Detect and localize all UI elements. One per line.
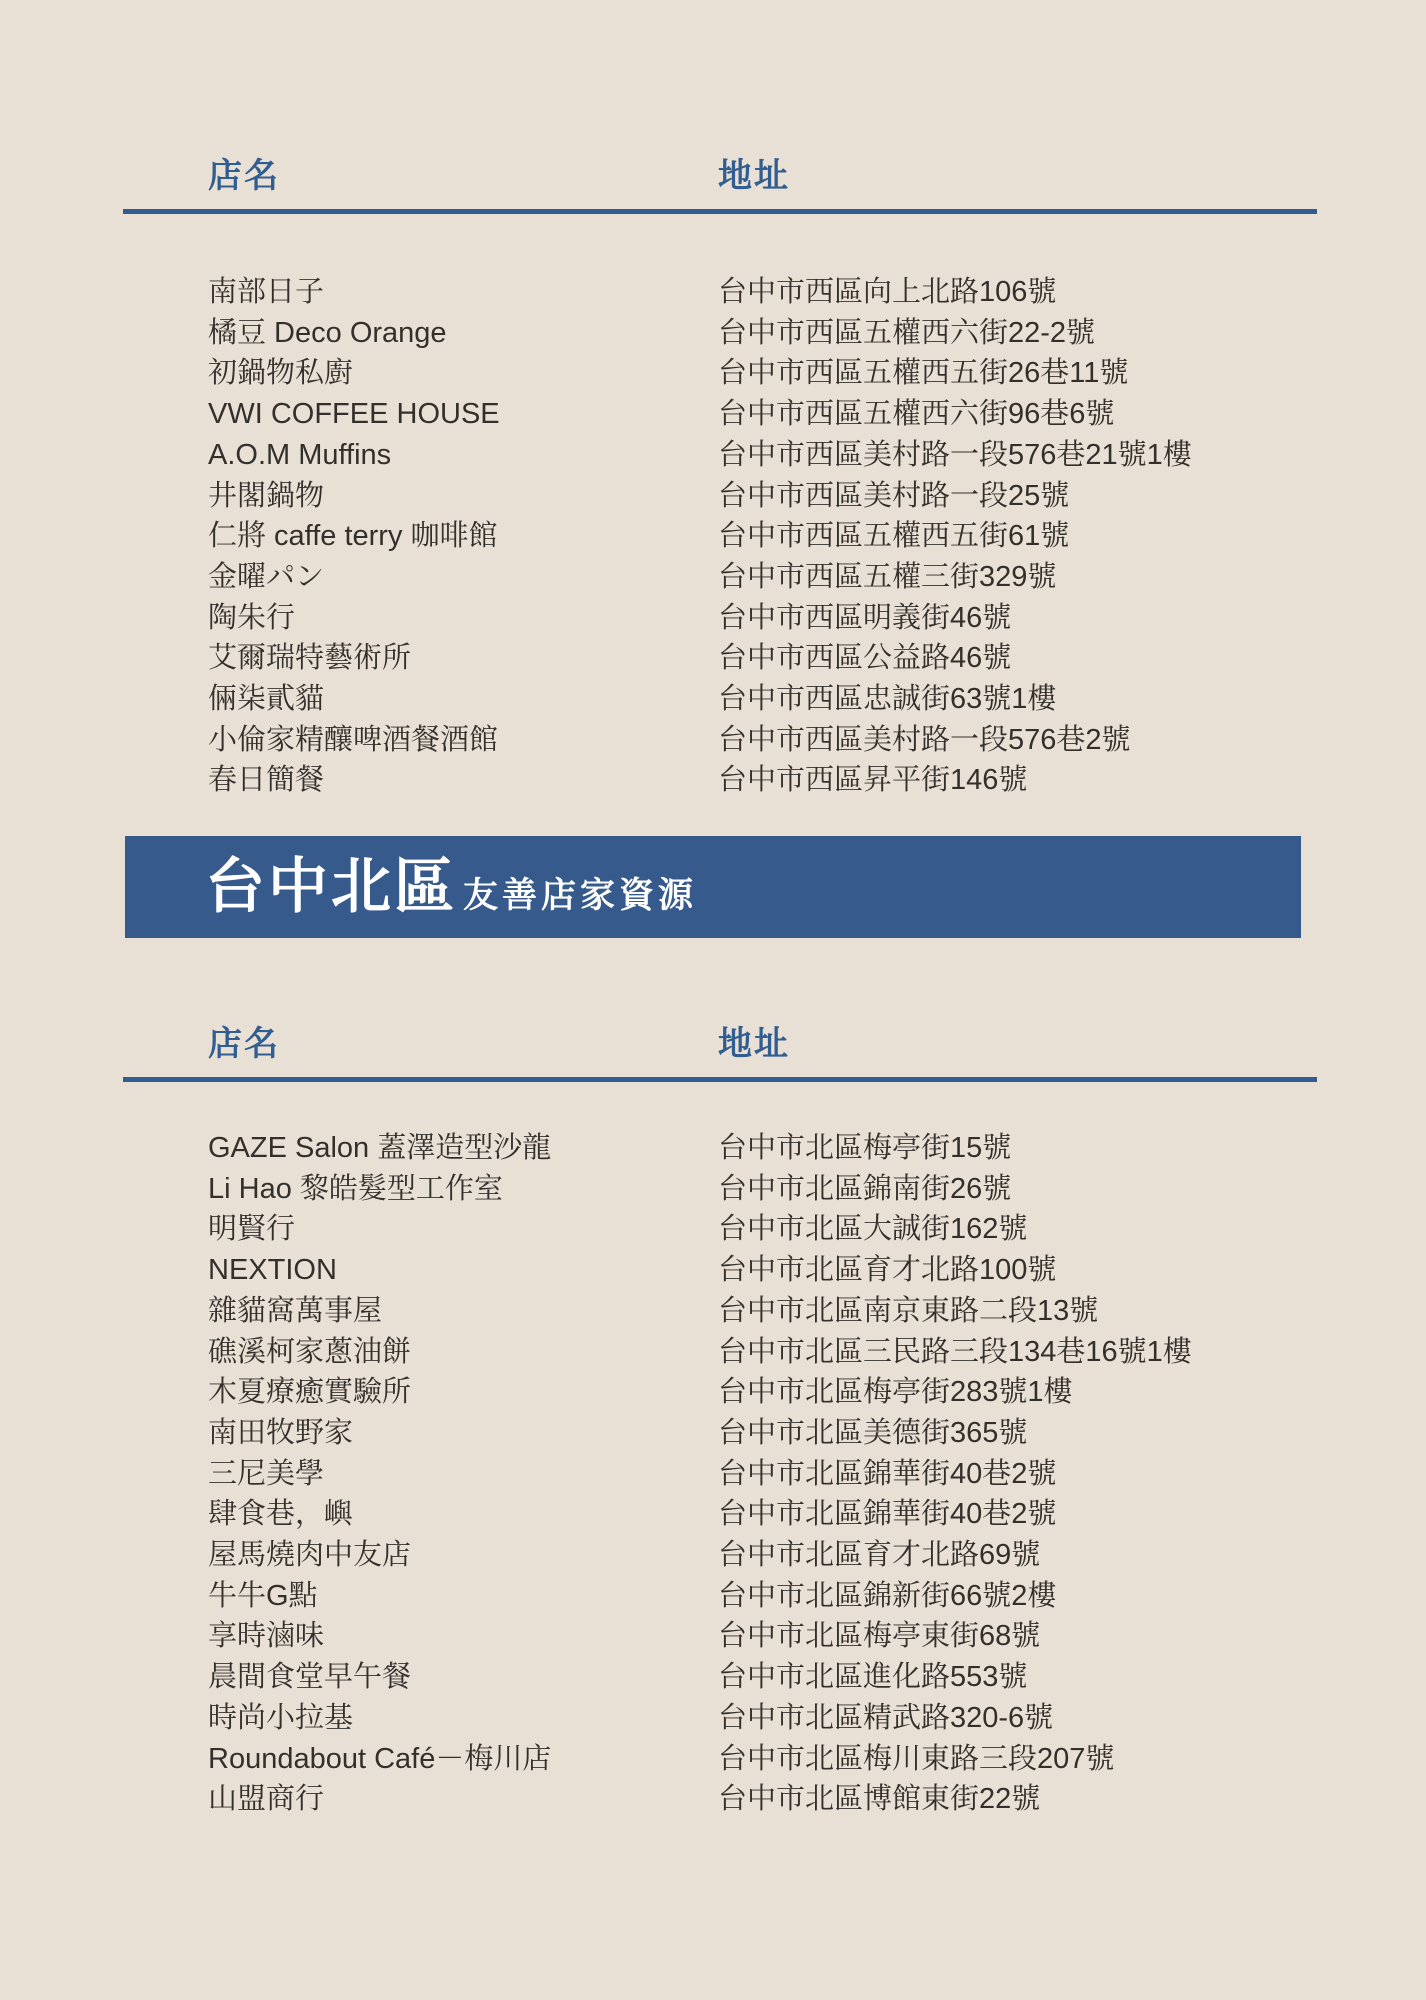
shop-address: 台中市北區進化路553號 [718,1657,1317,1698]
table-row: Li Hao 黎皓髮型工作室 台中市北區錦南街26號 [123,1169,1317,1210]
table-row: Roundabout Café－梅川店 台中市北區梅川東路三段207號 [123,1739,1317,1780]
shop-address: 台中市北區錦華街40巷2號 [718,1494,1317,1535]
shop-address: 台中市西區五權西五街61號 [718,516,1317,557]
shop-name: Li Hao 黎皓髮型工作室 [208,1169,718,1210]
shop-name: 南田牧野家 [208,1413,718,1454]
shop-name: A.O.M Muffins [208,435,718,476]
shop-address: 台中市西區美村路一段576巷2號 [718,720,1317,761]
shop-name: 仁將 caffe terry 咖啡館 [208,516,718,557]
shop-name: Roundabout Café－梅川店 [208,1739,718,1780]
shop-address: 台中市西區美村路一段576巷21號1樓 [718,435,1317,476]
shop-address: 台中市北區梅亭東街68號 [718,1616,1317,1657]
shop-name: 肆食巷，嶼 [208,1494,718,1535]
table-row: 山盟商行 台中市北區博館東街22號 [123,1779,1317,1820]
shop-address: 台中市西區五權西五街26巷11號 [718,353,1317,394]
shop-name: 初鍋物私廚 [208,353,718,394]
shop-address: 台中市北區美德街365號 [718,1413,1317,1454]
column-header-address: 地址 [718,1016,1317,1065]
table-row: VWI COFFEE HOUSE 台中市西區五權西六街96巷6號 [123,394,1317,435]
table-row: A.O.M Muffins 台中市西區美村路一段576巷21號1樓 [123,435,1317,476]
shop-name: 陶朱行 [208,598,718,639]
shop-name: 屋馬燒肉中友店 [208,1535,718,1576]
shop-name: 金曜パン [208,557,718,598]
table-row: GAZE Salon 蓋澤造型沙龍 台中市北區梅亭街15號 [123,1128,1317,1169]
shop-name: VWI COFFEE HOUSE [208,394,718,435]
shop-address: 台中市北區錦南街26號 [718,1169,1317,1210]
table-row: 仁將 caffe terry 咖啡館 台中市西區五權西五街61號 [123,516,1317,557]
table-row: 時尚小拉基 台中市北區精武路320-6號 [123,1698,1317,1739]
table-row: 享時滷味 台中市北區梅亭東街68號 [123,1616,1317,1657]
table-row: 南田牧野家 台中市北區美德街365號 [123,1413,1317,1454]
shop-address: 台中市西區明義街46號 [718,598,1317,639]
banner-subtitle: 友善店家資源 [463,845,697,947]
shop-address: 台中市北區南京東路二段13號 [718,1291,1317,1332]
shop-list-north: GAZE Salon 蓋澤造型沙龍 台中市北區梅亭街15號 Li Hao 黎皓髮… [123,1082,1317,1820]
table-row: 晨間食堂早午餐 台中市北區進化路553號 [123,1657,1317,1698]
shop-name: 小倫家精釀啤酒餐酒館 [208,720,718,761]
shop-name: 三尼美學 [208,1454,718,1495]
table-row: 三尼美學 台中市北區錦華街40巷2號 [123,1454,1317,1495]
table-header-row: 店名 地址 [123,1016,1317,1077]
shop-address: 台中市北區梅亭街283號1樓 [718,1372,1317,1413]
shop-address: 台中市西區五權三街329號 [718,557,1317,598]
table-row: 春日簡餐 台中市西區昇平街146號 [123,760,1317,801]
shop-name: 明賢行 [208,1209,718,1250]
column-header-shop-name: 店名 [208,1016,718,1065]
table-row: 雜貓窩萬事屋 台中市北區南京東路二段13號 [123,1291,1317,1332]
table-row: 屋馬燒肉中友店 台中市北區育才北路69號 [123,1535,1317,1576]
flyer-page: 店名 地址 南部日子 台中市西區向上北路106號 橘豆 Deco Orange … [0,0,1426,2000]
table-row: 橘豆 Deco Orange 台中市西區五權西六街22-2號 [123,313,1317,354]
shop-address: 台中市北區錦新街66號2樓 [718,1576,1317,1617]
shop-name: 山盟商行 [208,1779,718,1820]
table-row: 礁溪柯家蔥油餅 台中市北區三民路三段134巷16號1樓 [123,1332,1317,1373]
shop-address: 台中市北區梅亭街15號 [718,1128,1317,1169]
table-row: 金曜パン 台中市西區五權三街329號 [123,557,1317,598]
table-row: 艾爾瑞特藝術所 台中市西區公益路46號 [123,638,1317,679]
table-row: 木夏療癒實驗所 台中市北區梅亭街283號1樓 [123,1372,1317,1413]
shop-name: 雜貓窩萬事屋 [208,1291,718,1332]
shop-address: 台中市西區五權西六街96巷6號 [718,394,1317,435]
column-header-address: 地址 [718,148,1317,197]
table-row: 明賢行 台中市北區大誠街162號 [123,1209,1317,1250]
shop-address: 台中市北區育才北路69號 [718,1535,1317,1576]
shop-name: 牛牛G點 [208,1576,718,1617]
shop-address: 台中市北區大誠街162號 [718,1209,1317,1250]
shop-list-west: 南部日子 台中市西區向上北路106號 橘豆 Deco Orange 台中市西區五… [123,214,1317,801]
shop-address: 台中市北區育才北路100號 [718,1250,1317,1291]
shop-address: 台中市北區三民路三段134巷16號1樓 [718,1332,1317,1373]
table-west-district: 店名 地址 南部日子 台中市西區向上北路106號 橘豆 Deco Orange … [123,148,1317,801]
table-row: 初鍋物私廚 台中市西區五權西五街26巷11號 [123,353,1317,394]
table-row: 小倫家精釀啤酒餐酒館 台中市西區美村路一段576巷2號 [123,720,1317,761]
table-row: 井閣鍋物 台中市西區美村路一段25號 [123,476,1317,517]
table-row: 南部日子 台中市西區向上北路106號 [123,272,1317,313]
shop-address: 台中市北區錦華街40巷2號 [718,1454,1317,1495]
shop-address: 台中市西區忠誠街63號1樓 [718,679,1317,720]
shop-name: 時尚小拉基 [208,1698,718,1739]
shop-address: 台中市西區向上北路106號 [718,272,1317,313]
shop-name: 春日簡餐 [208,760,718,801]
shop-name: 木夏療癒實驗所 [208,1372,718,1413]
shop-address: 台中市北區博館東街22號 [718,1779,1317,1820]
banner-title: 台中北區 [205,836,457,938]
table-row: 牛牛G點 台中市北區錦新街66號2樓 [123,1576,1317,1617]
shop-name: NEXTION [208,1250,718,1291]
table-north-district: 店名 地址 GAZE Salon 蓋澤造型沙龍 台中市北區梅亭街15號 Li H… [123,1016,1317,1820]
shop-name: 礁溪柯家蔥油餅 [208,1332,718,1373]
table-row: 陶朱行 台中市西區明義街46號 [123,598,1317,639]
table-row: 倆柒貳貓 台中市西區忠誠街63號1樓 [123,679,1317,720]
shop-address: 台中市北區梅川東路三段207號 [718,1739,1317,1780]
section-banner-north-district: 台中北區友善店家資源 [125,836,1301,938]
table-row: NEXTION 台中市北區育才北路100號 [123,1250,1317,1291]
shop-name: 井閣鍋物 [208,476,718,517]
shop-address: 台中市北區精武路320-6號 [718,1698,1317,1739]
shop-address: 台中市西區美村路一段25號 [718,476,1317,517]
shop-name: 南部日子 [208,272,718,313]
shop-name: 橘豆 Deco Orange [208,313,718,354]
table-header-row: 店名 地址 [123,148,1317,209]
table-row: 肆食巷，嶼 台中市北區錦華街40巷2號 [123,1494,1317,1535]
shop-name: 享時滷味 [208,1616,718,1657]
shop-name: 倆柒貳貓 [208,679,718,720]
shop-name: GAZE Salon 蓋澤造型沙龍 [208,1128,718,1169]
shop-address: 台中市西區昇平街146號 [718,760,1317,801]
shop-address: 台中市西區公益路46號 [718,638,1317,679]
shop-name: 艾爾瑞特藝術所 [208,638,718,679]
shop-address: 台中市西區五權西六街22-2號 [718,313,1317,354]
column-header-shop-name: 店名 [208,148,718,197]
shop-name: 晨間食堂早午餐 [208,1657,718,1698]
